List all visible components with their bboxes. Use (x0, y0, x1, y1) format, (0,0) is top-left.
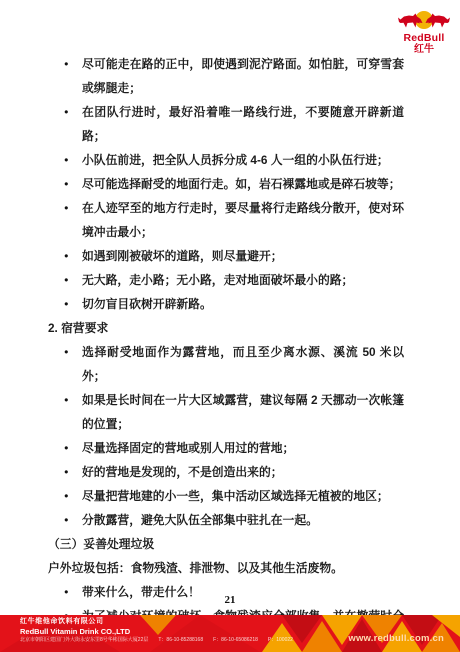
bullet-dot-icon: ● (64, 484, 69, 508)
bullet-text: 选择耐受地面作为露营地，而且至少离水源、溪流 50 米以外； (82, 345, 404, 383)
bullet-dot-icon: ● (64, 436, 69, 460)
bullet-dot-icon: ● (64, 292, 69, 316)
bullet-item: ● 选择耐受地面作为露营地，而且至少离水源、溪流 50 米以外； (48, 340, 404, 388)
document-page: RedBull 红牛 ● 尽可能走在路的正中，即使遇到泥泞路面。如怕脏，可穿雪套… (0, 0, 460, 652)
footer-company-en: RedBull Vitamin Drink CO.,LTD (20, 627, 293, 636)
bullet-item: ● 无大路，走小路；无小路，走对地面破坏最小的路； (48, 268, 404, 292)
bullet-dot-icon: ● (64, 148, 69, 172)
bullet-dot-icon: ● (64, 460, 69, 484)
bullet-item: ● 在人迹罕至的地方行走时，要尽量将行走路线分散开，使对环境冲击最小； (48, 196, 404, 244)
bullet-text: 好的营地是发现的，不是创造出来的； (82, 465, 283, 479)
footer-company-info: 红牛维他命饮料有限公司 RedBull Vitamin Drink CO.,LT… (20, 618, 293, 644)
bullet-item: ● 尽可能走在路的正中，即使遇到泥泞路面。如怕脏，可穿雪套或绑腿走； (48, 52, 404, 100)
footer-address-line: 北京市朝阳区建国门外大街永安东里8号华彬国际大厦22层T：86-10-85288… (20, 637, 293, 644)
bullet-text: 如果是长时间在一片大区域露营，建议每隔 2 天挪动一次帐篷的位置； (82, 393, 404, 431)
bullet-item: ● 小队伍前进，把全队人员拆分成 4-6 人一组的小队伍行进； (48, 148, 404, 172)
footer-website[interactable]: www.redbull.com.cn (348, 633, 444, 644)
bullet-dot-icon: ● (64, 508, 69, 532)
paragraph: 户外垃圾包括：食物残渣、排泄物、以及其他生活废物。 (48, 556, 404, 580)
bullet-dot-icon: ● (64, 52, 69, 76)
bullet-item: ● 好的营地是发现的，不是创造出来的； (48, 460, 404, 484)
bullet-text: 在人迹罕至的地方行走时，要尽量将行走路线分散开，使对环境冲击最小； (82, 201, 404, 239)
bullet-text: 无大路，走小路；无小路，走对地面破坏最小的路； (82, 273, 353, 287)
bullet-dot-icon: ● (64, 196, 69, 220)
bullet-text: 如遇到刚被破坏的道路，则尽量避开； (82, 249, 283, 263)
content: ● 尽可能走在路的正中，即使遇到泥泞路面。如怕脏，可穿雪套或绑腿走； ● 在团队… (48, 52, 404, 652)
bullet-dot-icon: ● (64, 340, 69, 364)
bullet-text: 切勿盲目砍树开辟新路。 (82, 297, 212, 311)
bullet-text: 尽量把营地建的小一些，集中活动区域选择无植被的地区； (82, 489, 389, 503)
footer-postcode: P：100022 (268, 637, 293, 643)
section-heading: （三）妥善处理垃圾 (48, 532, 404, 556)
bullet-text: 在团队行进时，最好沿着唯一路线行进，不要随意开辟新道路； (82, 105, 404, 143)
bullet-text: 小队伍前进，把全队人员拆分成 4-6 人一组的小队伍行进； (82, 153, 389, 167)
section-heading-text: 2. 宿营要求 (48, 321, 108, 335)
bullet-text: 尽可能走在路的正中，即使遇到泥泞路面。如怕脏，可穿雪套或绑腿走； (82, 57, 404, 95)
bullet-item: ● 如遇到刚被破坏的道路，则尽量避开； (48, 244, 404, 268)
bullet-dot-icon: ● (64, 244, 69, 268)
bullet-dot-icon: ● (64, 172, 69, 196)
bullet-text: 尽可能选择耐受的地面行走。如，岩石裸露地或是碎石坡等； (82, 177, 401, 191)
footer-company-cn: 红牛维他命饮料有限公司 (20, 618, 293, 627)
bullet-item: ● 切勿盲目砍树开辟新路。 (48, 292, 404, 316)
redbull-logo: RedBull 红牛 (395, 10, 453, 55)
bullet-item: ● 分散露营，避免大队伍全部集中驻扎在一起。 (48, 508, 404, 532)
bullet-text: 分散露营，避免大队伍全部集中驻扎在一起。 (82, 513, 318, 527)
page-number: 21 (0, 594, 460, 606)
section-heading-text: （三）妥善处理垃圾 (48, 537, 154, 551)
footer: 红牛维他命饮料有限公司 RedBull Vitamin Drink CO.,LT… (0, 615, 460, 652)
bullet-item: ● 尽量选择固定的营地或别人用过的营地； (48, 436, 404, 460)
footer-address: 北京市朝阳区建国门外大街永安东里8号华彬国际大厦22层 (20, 637, 148, 643)
bullet-text: 尽量选择固定的营地或别人用过的营地； (82, 441, 294, 455)
footer-tel: T：86-10-85288168 (158, 637, 203, 643)
bullet-dot-icon: ● (64, 100, 69, 124)
logo-brand-en: RedBull (395, 33, 453, 44)
bullet-item: ● 如果是长时间在一片大区域露营，建议每隔 2 天挪动一次帐篷的位置； (48, 388, 404, 436)
paragraph-text: 户外垃圾包括：食物残渣、排泄物、以及其他生活废物。 (48, 561, 343, 575)
bullet-item: ● 尽量把营地建的小一些，集中活动区域选择无植被的地区； (48, 484, 404, 508)
bullet-item: ● 尽可能选择耐受的地面行走。如，岩石裸露地或是碎石坡等； (48, 172, 404, 196)
bullet-dot-icon: ● (64, 268, 69, 292)
section-heading: 2. 宿营要求 (48, 316, 404, 340)
redbull-bulls-sun-icon (397, 10, 451, 33)
bullet-item: ● 在团队行进时，最好沿着唯一路线行进，不要随意开辟新道路； (48, 100, 404, 148)
bullet-dot-icon: ● (64, 388, 69, 412)
footer-fax: F：86-10-65086218 (213, 637, 258, 643)
